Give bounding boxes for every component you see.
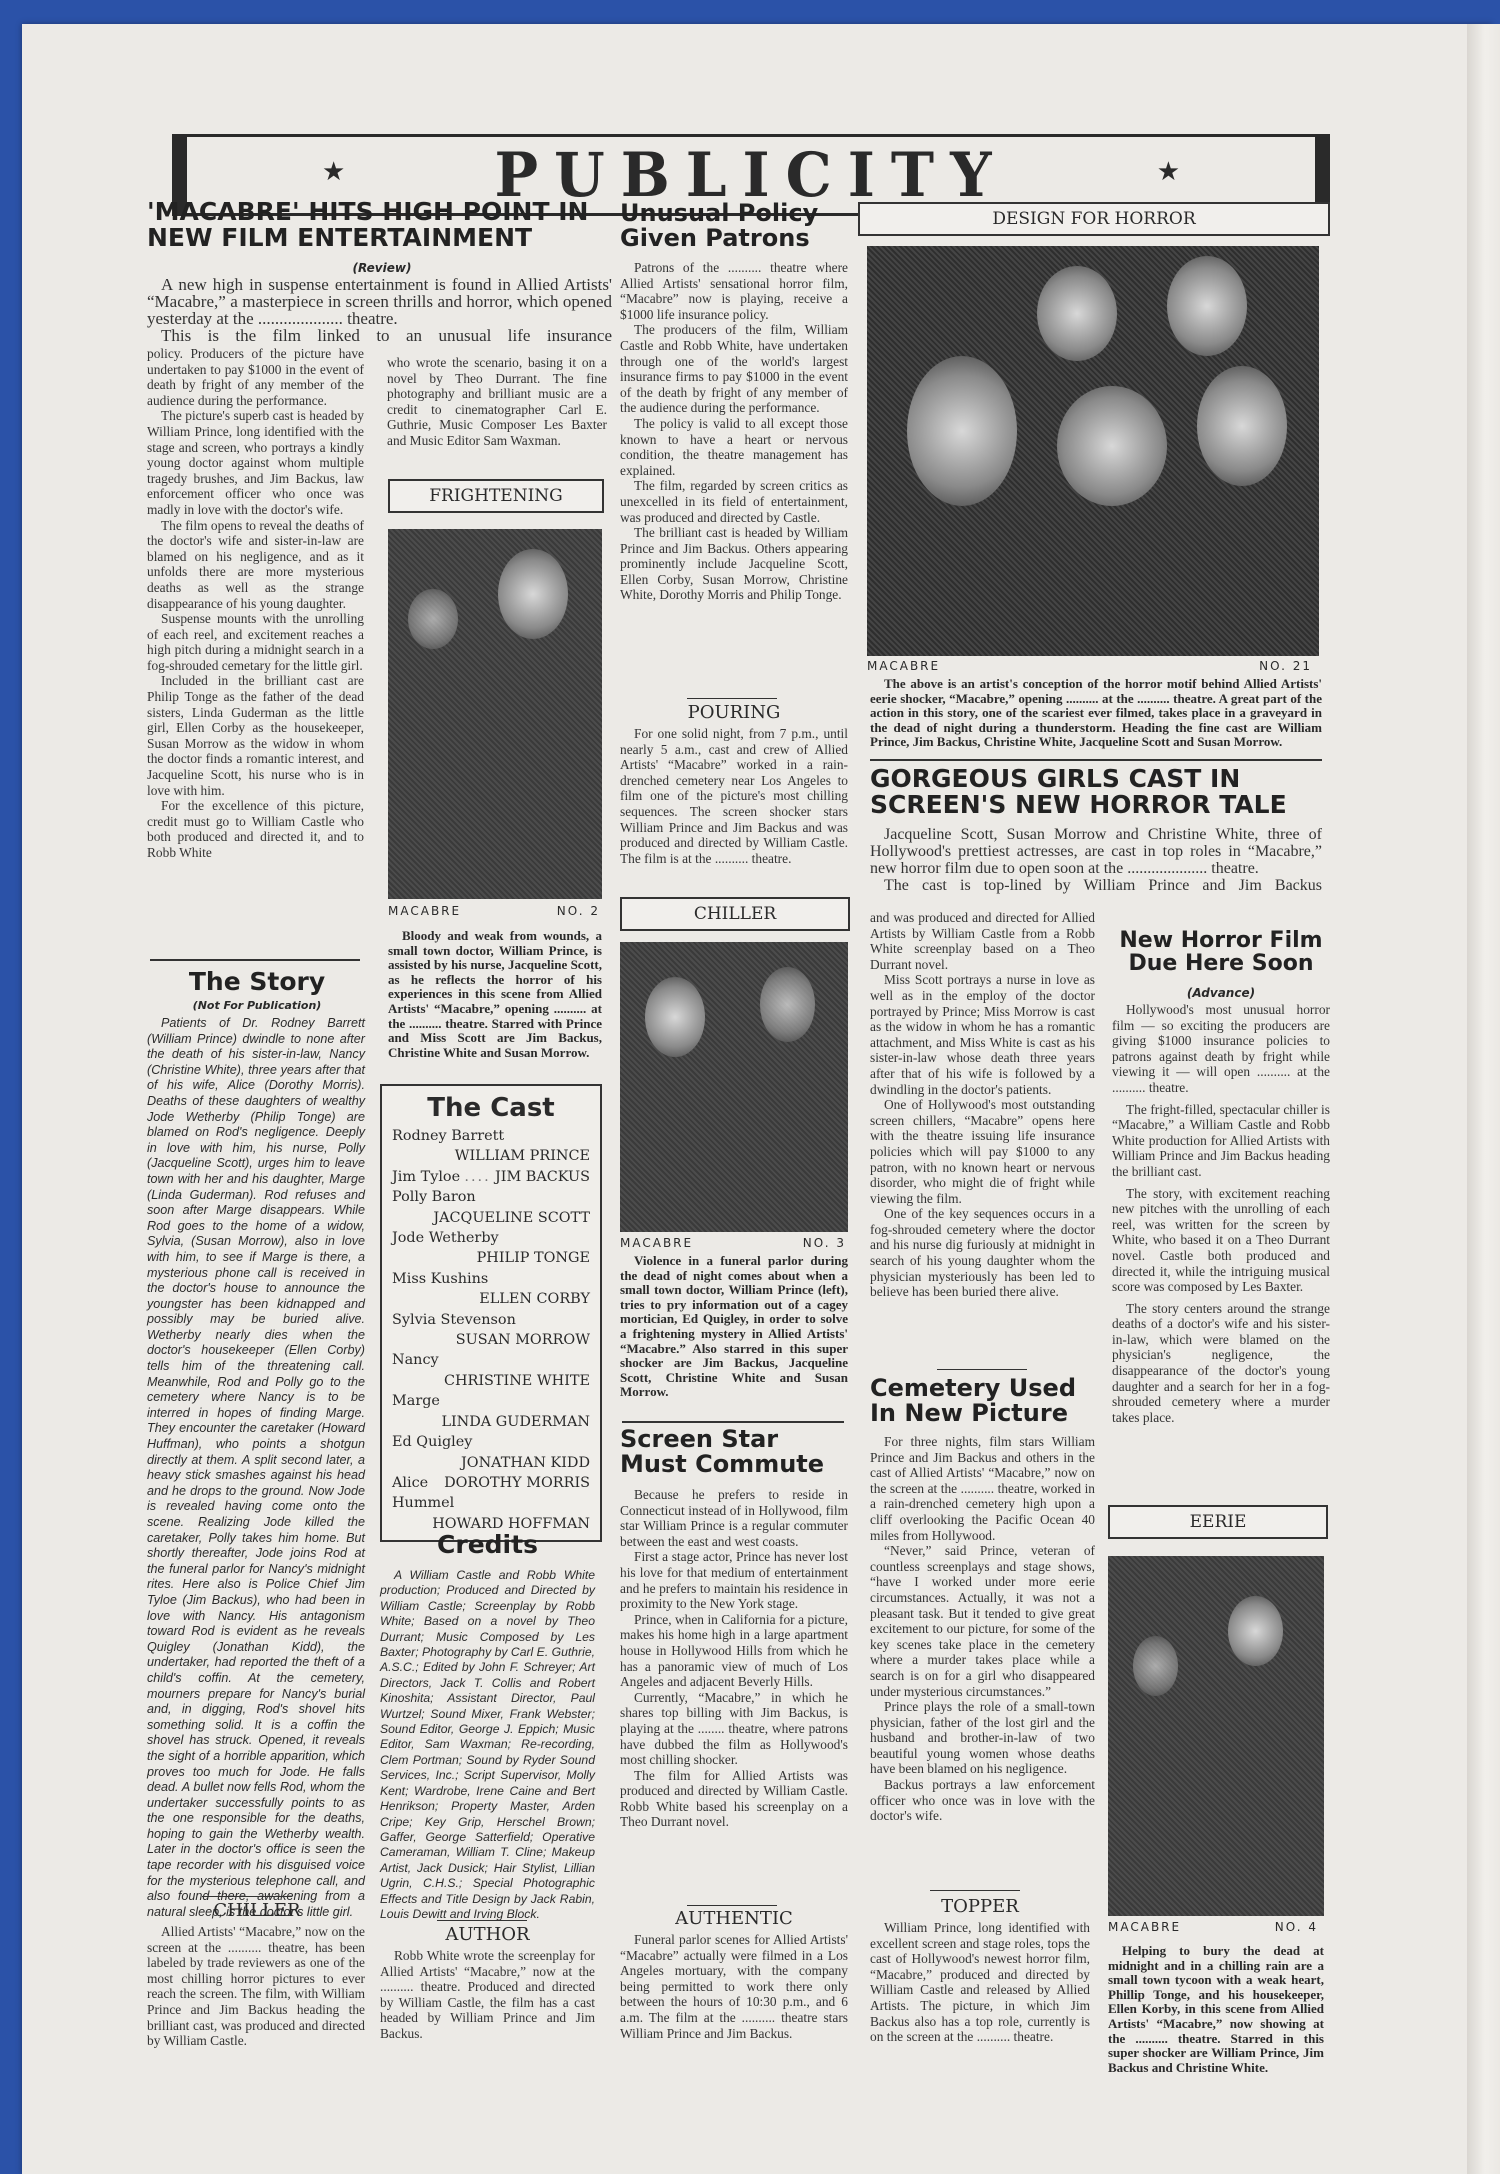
still-photo-no3 — [620, 942, 848, 1232]
still-label-no3: MACABRE NO. 3 — [620, 1236, 846, 1250]
gorgeous-para: One of the key sequences occurs in a fog… — [870, 1206, 1095, 1300]
still-title: MACABRE — [388, 904, 461, 918]
authentic-para: Funeral parlor scenes for Allied Artists… — [620, 1932, 848, 2041]
divider — [870, 759, 1322, 761]
cast-row: Jode WetherbyPHILIP TONGE — [392, 1228, 590, 1269]
review-para: The film opens to reveal the deaths of t… — [147, 518, 364, 612]
pressbook-page: ★ ★ PUBLICITY 'MACABRE' HITS HIGH POINT … — [22, 24, 1492, 2174]
frightening-label: FRIGHTENING — [388, 479, 604, 513]
still-title: MACABRE — [620, 1236, 693, 1250]
author-headline: AUTHOR — [380, 1924, 595, 1945]
still-number: NO. 2 — [557, 904, 600, 918]
review-para: Included in the brilliant cast are Phili… — [147, 673, 364, 798]
still-number: NO. 21 — [1259, 659, 1312, 673]
cast-row: NancyCHRISTINE WHITE — [392, 1350, 590, 1391]
review-para: For the excellence of this picture, cred… — [147, 798, 364, 860]
cast-box: The Cast Rodney BarrettWILLIAM PRINCE Ji… — [380, 1084, 602, 1542]
review-subhead: (Review) — [147, 261, 617, 275]
cast-row: HummelHOWARD HOFFMAN — [392, 1493, 590, 1534]
still-number: NO. 3 — [803, 1236, 846, 1250]
story-headline: The Story — [147, 969, 367, 995]
still-photo-no4 — [1108, 1556, 1324, 1916]
review-col2: who wrote the scenario, basing it on a n… — [387, 355, 607, 449]
credits-headline: Credits — [380, 1532, 595, 1558]
story-text: Patients of Dr. Rodney Barrett (William … — [147, 1016, 365, 1920]
cemetery-text: For three nights, film stars William Pri… — [870, 1434, 1095, 1824]
chiller-still-label: CHILLER — [620, 897, 850, 931]
still-title: MACABRE — [867, 659, 940, 673]
chiller-text: Allied Artists' “Macabre,” now on the sc… — [147, 1924, 365, 2049]
still-title: MACABRE — [1108, 1920, 1181, 1934]
caption-para: Helping to bury the dead at midnight and… — [1108, 1944, 1324, 2075]
policy-para: The producers of the film, William Castl… — [620, 322, 848, 416]
author-text: Robb White wrote the screenplay for Alli… — [380, 1948, 595, 2042]
gorgeous-para: Miss Scott portrays a nurse in love as w… — [870, 972, 1095, 1097]
still-caption-no2: Bloody and weak from wounds, a small tow… — [388, 929, 602, 1060]
caption-para: The above is an artist's conception of t… — [870, 677, 1322, 750]
gorgeous-headline: GORGEOUS GIRLS CAST IN SCREEN'S NEW HORR… — [870, 766, 1330, 819]
review-lead: A new high in suspense entertainment is … — [147, 276, 612, 344]
advance-headline: New Horror Film Due Here Soon — [1112, 929, 1330, 975]
cast-row: Miss KushinsELLEN CORBY — [392, 1269, 590, 1310]
still-caption-no4: Helping to bury the dead at midnight and… — [1108, 1944, 1324, 2075]
cast-row: Ed QuigleyJONATHAN KIDD — [392, 1432, 590, 1473]
still-number: NO. 4 — [1275, 1920, 1318, 1934]
review-para: policy. Producers of the picture have un… — [147, 346, 364, 408]
divider — [150, 959, 360, 961]
divider — [687, 1905, 777, 1906]
cast-row: AliceDOROTHY MORRIS — [392, 1473, 590, 1493]
divider — [930, 1890, 1020, 1891]
commute-para: Currently, “Macabre,” in which he shares… — [620, 1690, 848, 1768]
topper-text: William Prince, long identified with exc… — [870, 1920, 1090, 2045]
still-caption-no3: Violence in a funeral parlor during the … — [620, 1254, 848, 1400]
advance-subhead: (Advance) — [1112, 986, 1330, 1000]
caption-para: Violence in a funeral parlor during the … — [620, 1254, 848, 1400]
commute-text: Because he prefers to reside in Connecti… — [620, 1487, 848, 1830]
advance-para: Hollywood's most unusual horror film — s… — [1112, 1002, 1330, 1096]
review-para: Suspense mounts with the unrolling of ea… — [147, 611, 364, 673]
story-subhead: (Not For Publication) — [147, 999, 367, 1012]
cemetery-para: Backus portrays a law enforcement office… — [870, 1777, 1095, 1824]
cast-row: Sylvia StevensonSUSAN MORROW — [392, 1310, 590, 1351]
advance-para: The fright-filled, spectacular chiller i… — [1112, 1102, 1330, 1180]
policy-text: Patrons of the .......... theatre where … — [620, 260, 848, 603]
divider — [437, 1920, 527, 1921]
pouring-headline: POURING — [620, 702, 848, 723]
authentic-headline: AUTHENTIC — [620, 1908, 848, 1929]
commute-para: First a stage actor, Prince has never lo… — [620, 1549, 848, 1611]
policy-para: Patrons of the .......... theatre where … — [620, 260, 848, 322]
divider — [622, 1421, 844, 1423]
cemetery-para: Prince plays the role of a small-town ph… — [870, 1699, 1095, 1777]
still-label-no4: MACABRE NO. 4 — [1108, 1920, 1318, 1934]
chiller-headline: CHILLER — [147, 1900, 367, 1921]
page-fold — [1467, 24, 1500, 2174]
review-headline: 'MACABRE' HITS HIGH POINT IN NEW FILM EN… — [147, 199, 617, 252]
divider — [202, 1896, 292, 1897]
still-photo-no2 — [388, 529, 602, 899]
author-para: Robb White wrote the screenplay for Alli… — [380, 1948, 595, 2042]
topper-para: William Prince, long identified with exc… — [870, 1920, 1090, 2045]
cast-row: MargeLINDA GUDERMAN — [392, 1391, 590, 1432]
review-para: who wrote the scenario, basing it on a n… — [387, 355, 607, 449]
credits-text: A William Castle and Robb White producti… — [380, 1568, 595, 1922]
pouring-text: For one solid night, from 7 p.m., until … — [620, 726, 848, 866]
cemetery-headline: Cemetery Used In New Picture — [870, 1376, 1100, 1426]
review-lead-para-2: This is the film linked to an unusual li… — [147, 327, 612, 344]
story-para: Patients of Dr. Rodney Barrett (William … — [147, 1016, 365, 1920]
commute-para: Prince, when in California for a picture… — [620, 1612, 848, 1690]
artwork-no21 — [867, 246, 1319, 656]
still-caption-no21: The above is an artist's conception of t… — [870, 677, 1322, 750]
advance-para: The story, with excitement reaching new … — [1112, 1186, 1330, 1295]
eerie-label: EERIE — [1108, 1505, 1328, 1539]
still-label-no21: MACABRE NO. 21 — [867, 659, 1312, 673]
policy-para: The policy is valid to all except those … — [620, 416, 848, 478]
gorgeous-lead-para: The cast is top-lined by William Prince … — [870, 877, 1322, 894]
policy-headline: Unusual Policy Given Patrons — [620, 201, 850, 251]
caption-para: Bloody and weak from wounds, a small tow… — [388, 929, 602, 1060]
advance-text: Hollywood's most unusual horror film — s… — [1112, 1002, 1330, 1425]
advance-para: The story centers around the strange dea… — [1112, 1301, 1330, 1426]
review-para: The picture's superb cast is headed by W… — [147, 408, 364, 517]
policy-para: The film, regarded by screen critics as … — [620, 478, 848, 525]
pouring-para: For one solid night, from 7 p.m., until … — [620, 726, 848, 866]
review-lead-para-1: A new high in suspense entertainment is … — [147, 276, 612, 327]
cast-row: Rodney BarrettWILLIAM PRINCE — [392, 1126, 590, 1167]
gorgeous-para: One of Hollywood's most outstanding scre… — [870, 1097, 1095, 1206]
review-col1: policy. Producers of the picture have un… — [147, 346, 364, 861]
still-label-no2: MACABRE NO. 2 — [388, 904, 600, 918]
gorgeous-lead-para: Jacqueline Scott, Susan Morrow and Chris… — [870, 826, 1322, 877]
divider — [937, 1369, 1027, 1370]
divider — [687, 698, 777, 699]
authentic-text: Funeral parlor scenes for Allied Artists… — [620, 1932, 848, 2041]
gorgeous-para: and was produced and directed for Allied… — [870, 910, 1095, 972]
commute-para: The film for Allied Artists was produced… — [620, 1768, 848, 1830]
gorgeous-text: and was produced and directed for Allied… — [870, 910, 1095, 1300]
chiller-para: Allied Artists' “Macabre,” now on the sc… — [147, 1924, 365, 2049]
cast-row: Jim Tyloe....JIM BACKUS — [392, 1167, 590, 1187]
cast-row: Polly BaronJACQUELINE SCOTT — [392, 1187, 590, 1228]
credits-para: A William Castle and Robb White producti… — [380, 1568, 595, 1922]
cemetery-para: For three nights, film stars William Pri… — [870, 1434, 1095, 1543]
topper-headline: TOPPER — [870, 1896, 1090, 1917]
policy-para: The brilliant cast is headed by William … — [620, 525, 848, 603]
design-label: DESIGN FOR HORROR — [858, 202, 1330, 236]
commute-headline: Screen Star Must Commute — [620, 1427, 850, 1477]
cemetery-para: “Never,” said Prince, veteran of countle… — [870, 1543, 1095, 1699]
cast-headline: The Cast — [392, 1092, 590, 1124]
gorgeous-lead: Jacqueline Scott, Susan Morrow and Chris… — [870, 826, 1322, 894]
commute-para: Because he prefers to reside in Connecti… — [620, 1487, 848, 1549]
